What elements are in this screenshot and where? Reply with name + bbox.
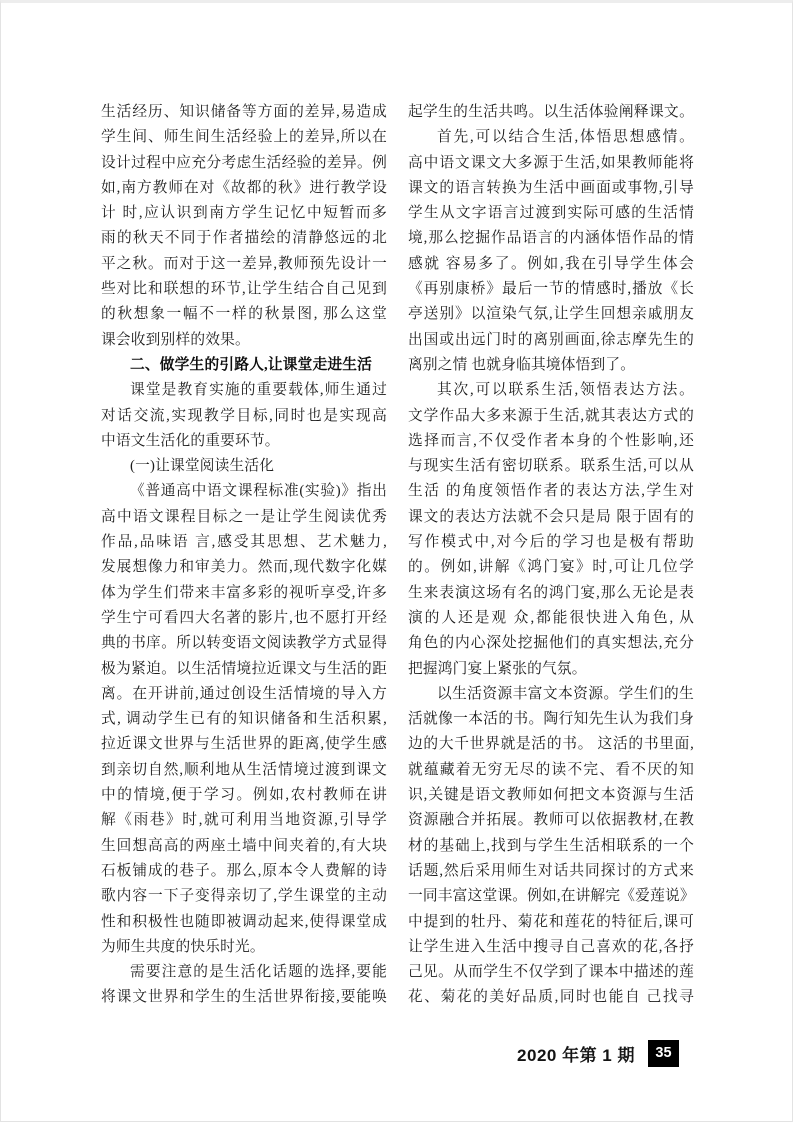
paragraph: 需要注意的是生活化话题的选择,要能将课文世界和学生的生活世界衔接,要能唤 bbox=[101, 960, 387, 1011]
text-column-left: 生活经历、知识储备等方面的差异,易造成学生间、师生间生活经验上的差异,所以在设计… bbox=[101, 100, 387, 1011]
text-line: 一同丰富这堂课。例如,在讲解完《爱莲说》 bbox=[408, 884, 694, 909]
text-line: 雨的秋天不同于作者描绘的清静悠远的北 bbox=[101, 226, 387, 251]
text-column-right: 起学生的生活共鸣。以生活体验阐释课文。首先,可以结合生活,体悟思想感情。高中语文… bbox=[408, 100, 694, 1011]
text-line: 需要注意的是生活化话题的选择,要能 bbox=[101, 960, 387, 985]
text-line: 中语文生活化的重要环节。 bbox=[101, 429, 387, 454]
page-footer: 2020 年第 1 期 35 bbox=[517, 1039, 679, 1067]
text-line: 离。在开讲前,通过创设生活情境的导入方 bbox=[101, 682, 387, 707]
text-line: 文学作品大多来源于生活,就其表达方式的 bbox=[408, 404, 694, 429]
text-line: 材的基础上,找到与学生生活相联系的一个 bbox=[408, 834, 694, 859]
text-line: 离别之情 也就身临其境体悟到了。 bbox=[408, 353, 694, 378]
text-line: 《再别康桥》最后一节的情感时,播放《长 bbox=[408, 277, 694, 302]
text-line: 以生活资源丰富文本资源。学生们的生 bbox=[408, 682, 694, 707]
text-line: 感就 容易多了。例如,我在引导学生体会 bbox=[408, 252, 694, 277]
text-line: 歌内容一下子变得亲切了,学生课堂的主动 bbox=[101, 884, 387, 909]
paragraph: 《普通高中语文课程标准(实验)》指出高中语文课程目标之一是让学生阅读优秀作品,品… bbox=[101, 479, 387, 960]
text-line: 二、做学生的引路人,让课堂走进生活 bbox=[101, 353, 387, 378]
text-line: 解《雨巷》时,就可利用当地资源,引导学 bbox=[101, 808, 387, 833]
text-line: 课堂是教育实施的重要载体,师生通过 bbox=[101, 378, 387, 403]
text-line: 典的书庠。所以转变语文阅读教学方式显得 bbox=[101, 631, 387, 656]
footer-issue-label: 2020 年第 1 期 bbox=[517, 1041, 635, 1066]
text-line: 高中语文课程目标之一是让学生阅读优秀 bbox=[101, 505, 387, 530]
text-line: 课文的语言转换为生活中画面或事物,引导 bbox=[408, 176, 694, 201]
text-line: 极为紧迫。以生活情境拉近课文与生活的距 bbox=[101, 657, 387, 682]
text-line: 如,南方教师在对《故都的秋》进行教学设 bbox=[101, 176, 387, 201]
text-line: 活就像一本活的书。陶行知先生认为我们身 bbox=[408, 707, 694, 732]
text-line: 式, 调动学生已有的知识储备和生活积累, bbox=[101, 707, 387, 732]
text-line: 《普通高中语文课程标准(实验)》指出 bbox=[101, 479, 387, 504]
section-heading: 二、做学生的引路人,让课堂走进生活 bbox=[101, 353, 387, 378]
text-line: 将课文世界和学生的生活世界衔接,要能唤 bbox=[101, 985, 387, 1010]
text-line: 角色的内心深处挖掘他们的真实想法,充分 bbox=[408, 631, 694, 656]
text-line: 平之秋。而对于这一差异,教师预先设计一 bbox=[101, 252, 387, 277]
text-line: 让学生进入生活中搜寻自己喜欢的花,各抒 bbox=[408, 935, 694, 960]
text-line: 首先,可以结合生活,体悟思想感情。 bbox=[408, 125, 694, 150]
text-line: 资源融合并拓展。教师可以依据教材,在教 bbox=[408, 808, 694, 833]
paragraph: 以生活资源丰富文本资源。学生们的生活就像一本活的书。陶行知先生认为我们身边的大千… bbox=[408, 682, 694, 1011]
text-line: 境,那么挖掘作品语言的内涵体悟作品的情 bbox=[408, 226, 694, 251]
text-line: 的。例如,讲解《鸿门宴》时,可让几位学 bbox=[408, 555, 694, 580]
text-line: 就蕴藏着无穷无尽的读不完、看不厌的知 bbox=[408, 758, 694, 783]
page-number-badge: 35 bbox=[648, 1040, 679, 1067]
text-line: 生活 的角度领悟作者的表达方法,学生对 bbox=[408, 479, 694, 504]
text-line: 课会收到别样的效果。 bbox=[101, 328, 387, 353]
paragraph: 其次,可以联系生活,领悟表达方法。文学作品大多来源于生活,就其表达方式的选择而言… bbox=[408, 378, 694, 682]
paragraph: 课堂是教育实施的重要载体,师生通过对话交流,实现教学目标,同时也是实现高中语文生… bbox=[101, 378, 387, 454]
text-line: 性和积极性也随即被调动起来,使得课堂成 bbox=[101, 910, 387, 935]
text-line: 演的人还是观 众,都能很快进入角色, 从 bbox=[408, 606, 694, 631]
text-line: 学生间、师生间生活经验上的差异,所以在 bbox=[101, 125, 387, 150]
text-line: 把握鸿门宴上紧张的气氛。 bbox=[408, 657, 694, 682]
journal-page: 生活经历、知识储备等方面的差异,易造成学生间、师生间生活经验上的差异,所以在设计… bbox=[0, 0, 793, 1122]
text-line: 其次,可以联系生活,领悟表达方法。 bbox=[408, 378, 694, 403]
text-line: (一)让课堂阅读生活化 bbox=[101, 454, 387, 479]
text-line: 出国或出远门时的离别画面,徐志摩先生的 bbox=[408, 328, 694, 353]
text-line: 中的情境,便于学习。例如,农村教师在讲 bbox=[101, 783, 387, 808]
text-line: 己见。从而学生不仅学到了课本中描述的莲 bbox=[408, 960, 694, 985]
text-line: 生回想高高的两座土墙中间夹着的,有大块 bbox=[101, 834, 387, 859]
text-line: 体为学生们带来丰富多彩的视听享受,许多 bbox=[101, 581, 387, 606]
paragraph: 起学生的生活共鸣。以生活体验阐释课文。 bbox=[408, 100, 694, 125]
text-line: 起学生的生活共鸣。以生活体验阐释课文。 bbox=[408, 100, 694, 125]
text-line: 花、菊花的美好品质,同时也能自 己找寻 bbox=[408, 985, 694, 1010]
paragraph: 生活经历、知识储备等方面的差异,易造成学生间、师生间生活经验上的差异,所以在设计… bbox=[101, 100, 387, 353]
text-line: 话题,然后采用师生对话共同探讨的方式来 bbox=[408, 859, 694, 884]
paragraph: (一)让课堂阅读生活化 bbox=[101, 454, 387, 479]
text-line: 生活经历、知识储备等方面的差异,易造成 bbox=[101, 100, 387, 125]
text-line: 中提到的牡丹、菊花和莲花的特征后,课可 bbox=[408, 910, 694, 935]
text-line: 学生从文字语言过渡到实际可感的生活情 bbox=[408, 201, 694, 226]
text-line: 学生宁可看四大名著的影片,也不愿打开经 bbox=[101, 606, 387, 631]
text-line: 写作模式中,对今后的学习也是极有帮助 bbox=[408, 530, 694, 555]
text-line: 到亲切自然,顺利地从生活情境过渡到课文 bbox=[101, 758, 387, 783]
text-line: 石板铺成的巷子。那么,原本令人费解的诗 bbox=[101, 859, 387, 884]
paragraph: 首先,可以结合生活,体悟思想感情。高中语文课文大多源于生活,如果教师能将课文的语… bbox=[408, 125, 694, 378]
text-line: 计 时,应认识到南方学生记忆中短暂而多 bbox=[101, 201, 387, 226]
text-line: 识,关键是语文教师如何把文本资源与生活 bbox=[408, 783, 694, 808]
text-line: 拉近课文世界与生活世界的距离,使学生感 bbox=[101, 732, 387, 757]
text-line: 发展想像力和审美力。然而,现代数字化媒 bbox=[101, 555, 387, 580]
text-line: 作品,品味语 言,感受其思想、艺术魅力, bbox=[101, 530, 387, 555]
text-line: 对话交流,实现教学目标,同时也是实现高 bbox=[101, 404, 387, 429]
text-line: 课文的表达方法就不会只是局 限于固有的 bbox=[408, 505, 694, 530]
text-line: 亭送别》以渲染气氛,让学生回想亲戚朋友 bbox=[408, 302, 694, 327]
text-line: 高中语文课文大多源于生活,如果教师能将 bbox=[408, 151, 694, 176]
text-line: 与现实生活有密切联系。联系生活,可以从 bbox=[408, 454, 694, 479]
text-line: 设计过程中应充分考虑生活经验的差异。例 bbox=[101, 151, 387, 176]
text-line: 选择而言,不仅受作者本身的个性影响,还 bbox=[408, 429, 694, 454]
text-line: 生来表演这场有名的鸿门宴,那么无论是表 bbox=[408, 581, 694, 606]
text-line: 边的大千世界就是活的书。 这活的书里面, bbox=[408, 732, 694, 757]
text-line: 些对比和联想的环节,让学生结合自己见到 bbox=[101, 277, 387, 302]
text-line: 的秋想象一幅不一样的秋景图, 那么这堂 bbox=[101, 302, 387, 327]
text-line: 为师生共度的快乐时光。 bbox=[101, 935, 387, 960]
